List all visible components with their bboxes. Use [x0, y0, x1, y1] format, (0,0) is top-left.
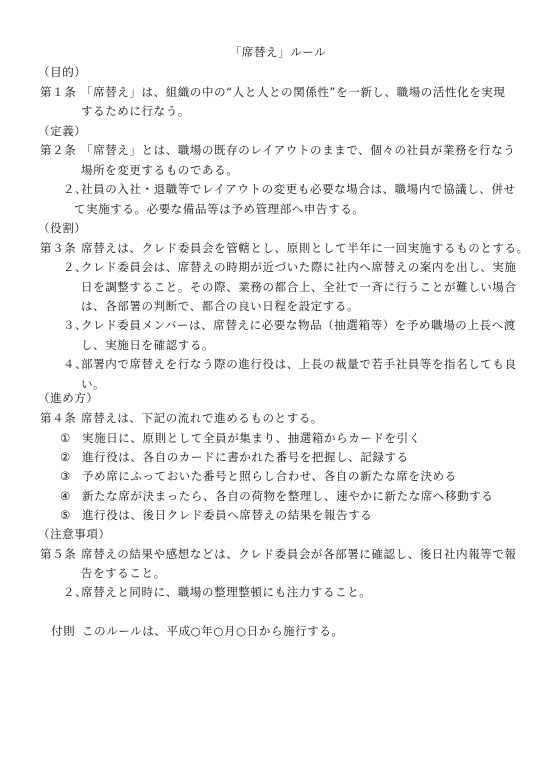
article-2-item-2-line-2: て実施する。必要な備品等は予め管理部へ申告する。: [74, 202, 364, 216]
step-1-text: 実施日に、原則として全員が集まり、抽選箱からカードを引く: [82, 431, 421, 445]
article-3-item-3-line-2: し、実施日を確認する。: [81, 338, 214, 352]
article-3-item-2-line-1: クレド委員会は、席替えの時期が近づいた際に社内へ席替えの案内を出し、実施: [81, 260, 517, 274]
step-3-number: ③: [60, 469, 71, 483]
article-number-3: 第３条: [40, 241, 76, 255]
section-heading-procedure: （進め方）: [38, 391, 99, 405]
article-2-line-1: 「席替え」とは、職場の既存のレイアウトのままで、個々の社員が業務を行なう: [81, 143, 515, 157]
section-heading-role: （役割）: [38, 221, 86, 235]
article-1-line-2: するために行なう。: [81, 104, 190, 118]
article-5-item-2-line-1: 席替えと同時に、職場の整理整頓にも注力すること。: [81, 585, 371, 599]
article-number-1: 第１条: [40, 85, 76, 99]
step-5-text: 進行役は、後日クレド委員へ席替えの結果を報告する: [82, 508, 372, 522]
article-2-item-2-line-1: 社員の入社・退職等でレイアウトの変更も必要な場合は、職場内で協議し、併せ: [81, 182, 516, 196]
article-1-line-1: 「席替え」は、組織の中の“人と人との関係性”を一新し、職場の活性化を実現: [81, 85, 506, 99]
article-3-item-3-line-1: クレド委員メンバーは、席替えに必要な物品（抽選箱等）を予め職場の上長へ渡: [81, 318, 516, 332]
article-2-line-2: 場所を変更するものである。: [81, 163, 238, 177]
step-3-text: 予め席にふっておいた番号と照らし合わせ、各自の新たな席を決める: [82, 469, 457, 483]
step-5-number: ⑤: [60, 508, 71, 522]
section-heading-definition: （定義）: [38, 124, 86, 138]
step-4-number: ④: [60, 489, 71, 503]
article-3-line-1: 席替えは、クレド委員会を管轄とし、原則として半年に一回実施するものとする。: [81, 241, 529, 255]
document-page: 「席替え」ルール （目的） 第１条 「席替え」は、組織の中の“人と人との関係性”…: [0, 0, 556, 780]
step-2-text: 進行役は、各自のカードに書かれた番号を把握し、記録する: [82, 450, 409, 464]
step-2-number: ②: [60, 450, 71, 464]
supplementary-text: このルールは、平成○年○月○日から施行する。: [82, 624, 344, 638]
article-3-item-2-line-2: 日を調整すること。その際、業務の都合上、全社で一斉に行うことが難しい場合: [81, 280, 517, 294]
supplementary-label: 付則: [51, 624, 75, 638]
article-3-item-2-line-3: は、各部署の判断で、都合の良い日程を設定する。: [81, 299, 359, 313]
article-3-item-4-line-1: 部署内で席替えを行なう際の進行役は、上長の裁量で若手社員等を指名しても良: [81, 357, 517, 371]
article-number-5: 第５条: [40, 547, 76, 561]
article-4-line-1: 席替えは、下記の流れで進めるものとする。: [81, 411, 323, 425]
article-3-item-4-line-2: い。: [81, 377, 105, 391]
document-title: 「席替え」ルール: [0, 45, 556, 59]
article-5-line-2: 告をすること。: [81, 566, 166, 580]
section-heading-notes: （注意事項）: [38, 527, 111, 541]
step-4-text: 新たな席が決まったら、各自の荷物を整理し、速やかに新たな席へ移動する: [82, 489, 493, 503]
article-number-2: 第２条: [40, 143, 76, 157]
section-heading-purpose: （目的）: [38, 65, 86, 79]
step-1-number: ①: [60, 431, 71, 445]
article-5-line-1: 席替えの結果や感想などは、クレド委員会が各部署に確認し、後日社内報等で報: [81, 547, 517, 561]
article-number-4: 第４条: [40, 411, 76, 425]
